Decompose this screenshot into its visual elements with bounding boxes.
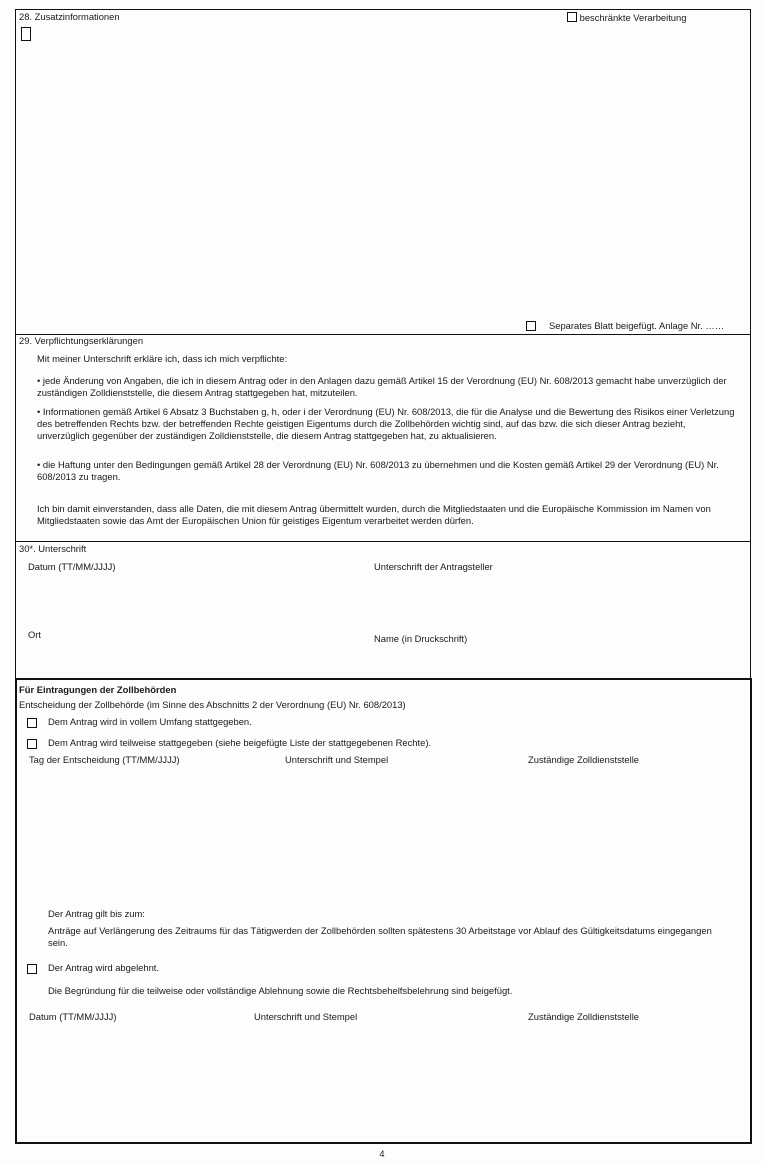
additional-info-checkbox[interactable]	[21, 27, 31, 41]
partial-grant-checkbox[interactable]	[27, 739, 37, 749]
applicant-date-label: Datum (TT/MM/JJJJ)	[28, 561, 116, 573]
extension-note: Anträge auf Verlängerung des Zeitraums f…	[48, 925, 728, 949]
separate-sheet-checkbox[interactable]	[526, 321, 536, 331]
full-grant-checkbox[interactable]	[27, 718, 37, 728]
commitment-intro: Mit meiner Unterschrift erkläre ich, das…	[37, 353, 737, 365]
valid-until-label: Der Antrag gilt bis zum:	[48, 908, 145, 920]
restricted-processing-option[interactable]: beschränkte Verarbeitung	[567, 12, 686, 24]
customs-heading: Für Eintragungen der Zollbehörden	[19, 684, 176, 696]
section-29-commitments: 29. Verpflichtungserklärungen Mit meiner…	[15, 334, 751, 542]
rejected-label: Der Antrag wird abgelehnt.	[48, 962, 159, 974]
place-label: Ort	[28, 629, 41, 641]
printed-name-label: Name (in Druckschrift)	[374, 633, 467, 645]
decision-date-label: Tag der Entscheidung (TT/MM/JJJJ)	[29, 754, 180, 766]
rejected-checkbox[interactable]	[27, 964, 37, 974]
grant-signature-stamp-label: Unterschrift und Stempel	[285, 754, 388, 766]
partial-grant-label: Dem Antrag wird teilweise stattgegeben (…	[48, 737, 431, 749]
grant-customs-office-label: Zuständige Zolldienststelle	[528, 754, 639, 766]
data-consent-statement: Ich bin damit einverstanden, dass alle D…	[37, 503, 737, 527]
page-number: 4	[0, 1149, 764, 1161]
commitment-bullet-3: • die Haftung unter den Bedingungen gemä…	[37, 459, 737, 483]
restricted-processing-label: beschränkte Verarbeitung	[580, 12, 687, 23]
applicant-signature-label: Unterschrift der Antragsteller	[374, 561, 493, 573]
rejection-date-label: Datum (TT/MM/JJJJ)	[29, 1011, 117, 1023]
rejection-signature-stamp-label: Unterschrift und Stempel	[254, 1011, 357, 1023]
section-28-title: 28. Zusatzinformationen	[19, 11, 120, 23]
section-30-title: 30*. Unterschrift	[19, 543, 86, 555]
section-29-title: 29. Verpflichtungserklärungen	[19, 335, 143, 347]
restricted-processing-checkbox[interactable]	[567, 12, 577, 22]
section-30-signature: 30*. Unterschrift Datum (TT/MM/JJJJ) Unt…	[15, 541, 751, 679]
customs-decision-label: Entscheidung der Zollbehörde (im Sinne d…	[19, 699, 406, 711]
full-grant-label: Dem Antrag wird in vollem Umfang stattge…	[48, 716, 252, 728]
commitment-bullet-1: • jede Änderung von Angaben, die ich in …	[37, 375, 737, 399]
rejection-note: Die Begründung für die teilweise oder vo…	[48, 985, 512, 997]
rejection-customs-office-label: Zuständige Zolldienststelle	[528, 1011, 639, 1023]
section-28-additional-info: 28. Zusatzinformationen beschränkte Vera…	[15, 9, 751, 335]
separate-sheet-label: Separates Blatt beigefügt. Anlage Nr. ……	[549, 320, 724, 332]
commitment-bullet-2: • Informationen gemäß Artikel 6 Absatz 3…	[37, 406, 737, 443]
customs-authority-section: Für Eintragungen der Zollbehörden Entsch…	[15, 678, 752, 1144]
